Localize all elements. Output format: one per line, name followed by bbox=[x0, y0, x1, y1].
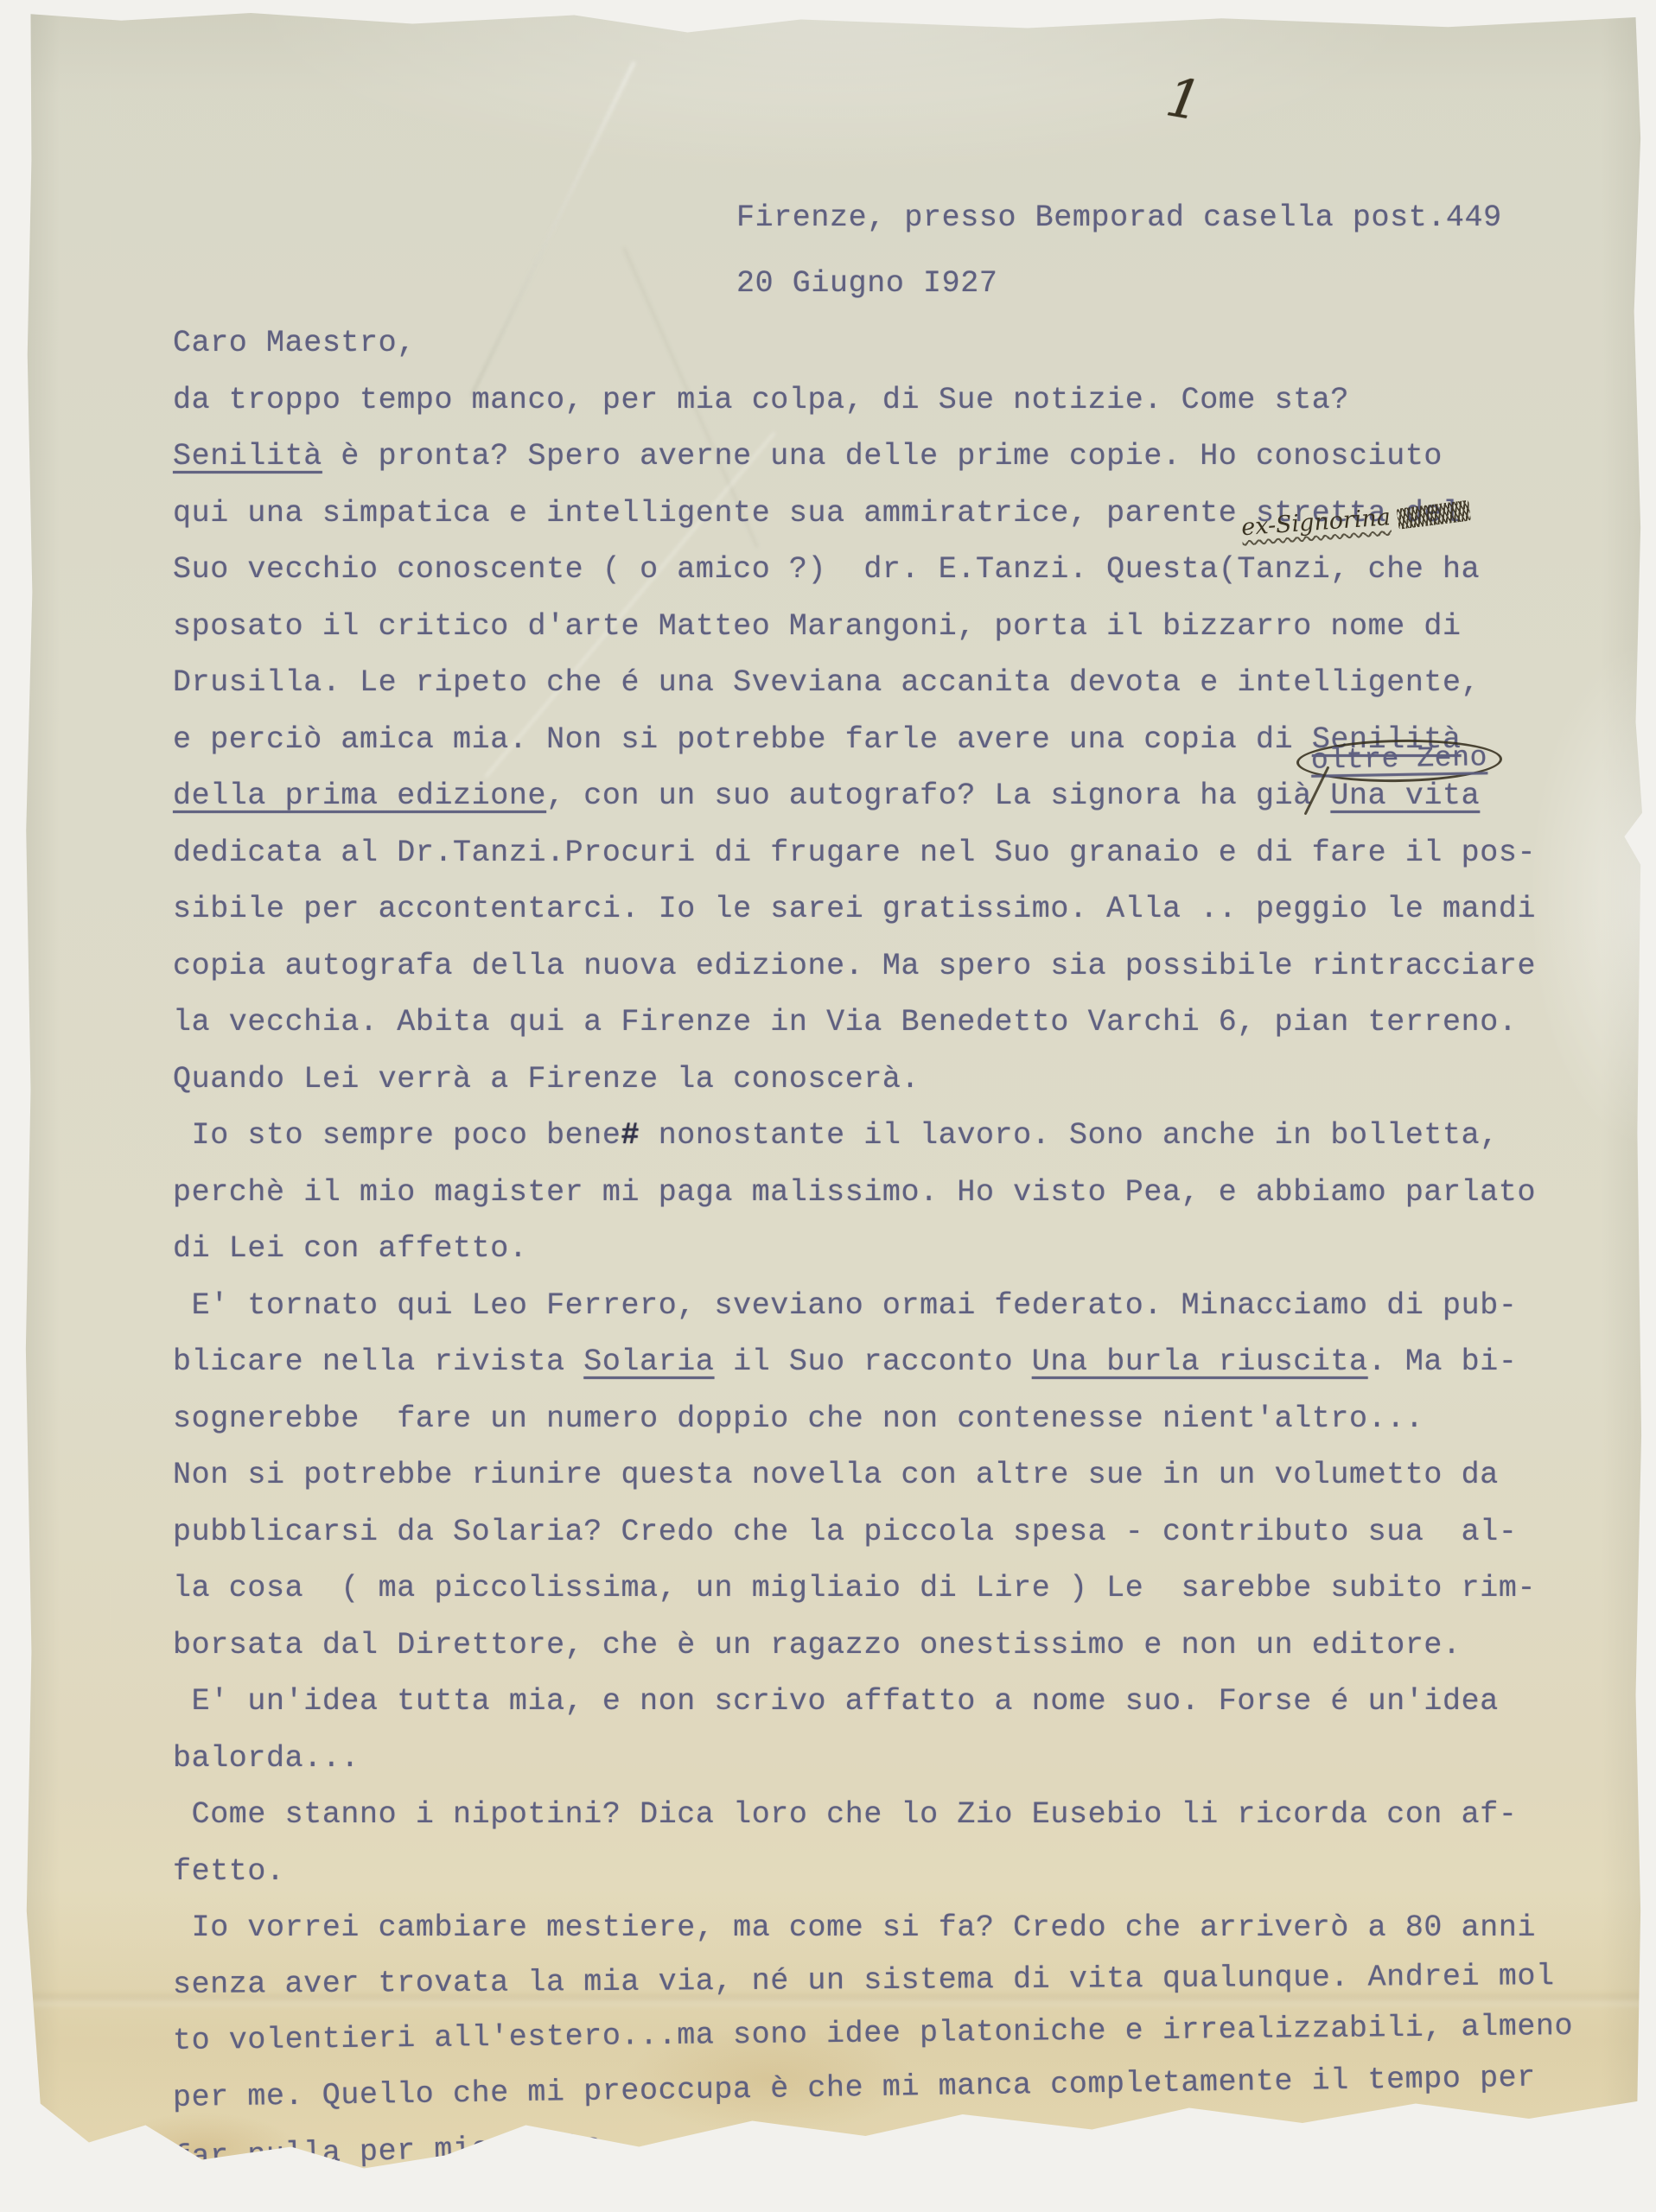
letter-line: sposato il critico d'arte Matteo Marango… bbox=[173, 599, 1573, 656]
letter-line: pubblicarsi da Solaria? Credo che la pic… bbox=[173, 1504, 1573, 1561]
ink-scribble bbox=[1397, 500, 1471, 530]
letter-line: Non si potrebbe riunire questa novella c… bbox=[173, 1447, 1573, 1504]
letter-line: Io sto sempre poco bene# nonostante il l… bbox=[173, 1108, 1573, 1165]
letter-line: Io vorrei cambiare mestiere, ma come si … bbox=[173, 1900, 1573, 1957]
letter-line: la vecchia. Abita qui a Firenze in Via B… bbox=[173, 995, 1573, 1052]
letter-body: Caro Maestro,da troppo tempo manco, per … bbox=[173, 315, 1573, 2183]
annotation-oltre-zeno: oltre Zeno bbox=[1296, 740, 1502, 782]
letter-line: la cosa ( ma piccolissima, un migliaio d… bbox=[173, 1560, 1573, 1618]
letter-line: E' un'idea tutta mia, e non scrivo affat… bbox=[173, 1674, 1573, 1731]
circled-insertion-text: oltre Zeno bbox=[1296, 738, 1503, 784]
letter-line: perchè il mio magister mi paga malissimo… bbox=[173, 1165, 1573, 1222]
letter-line: Quando Lei verrà a Firenze la conoscerà. bbox=[173, 1052, 1573, 1109]
letter-line: E' tornato qui Leo Ferrero, sveviano orm… bbox=[173, 1278, 1573, 1335]
letter-line: sognerebbe fare un numero doppio che non… bbox=[173, 1391, 1573, 1448]
letter-line: borsata dal Direttore, che è un ragazzo … bbox=[173, 1618, 1573, 1675]
letter-line: di Lei con affetto. bbox=[173, 1221, 1573, 1278]
letter-header-date: 20 Giugno I927 bbox=[736, 266, 997, 301]
scan-background: 1 Firenze, presso Bemporad casella post.… bbox=[0, 0, 1656, 2212]
letter-line: da troppo tempo manco, per mia colpa, di… bbox=[173, 372, 1573, 429]
letter-line: Senilità è pronta? Spero averne una dell… bbox=[173, 429, 1573, 486]
letter-line: blicare nella rivista Solaria il Suo rac… bbox=[173, 1334, 1573, 1391]
letter-line: Caro Maestro, bbox=[173, 315, 1573, 372]
letter-line: Drusilla. Le ripeto che é una Sveviana a… bbox=[173, 655, 1573, 712]
letter-header-location: Firenze, presso Bemporad casella post.44… bbox=[736, 200, 1502, 235]
letter-line: dedicata al Dr.Tanzi.Procuri di frugare … bbox=[173, 825, 1573, 882]
letter-line: copia autografa della nuova edizione. Ma… bbox=[173, 938, 1573, 995]
letter-line: sibile per accontentarci. Io le sarei gr… bbox=[173, 881, 1573, 938]
letter-line: fetto. bbox=[173, 1844, 1573, 1901]
letter-line: Come stanno i nipotini? Dica loro che lo… bbox=[173, 1787, 1573, 1844]
letter-line: balorda... bbox=[173, 1731, 1573, 1788]
handwritten-page-number: 1 bbox=[1162, 65, 1207, 133]
letter-line: Suo vecchio conoscente ( o amico ?) dr. … bbox=[173, 542, 1573, 599]
letter-page: 1 Firenze, presso Bemporad casella post.… bbox=[24, 9, 1642, 2171]
